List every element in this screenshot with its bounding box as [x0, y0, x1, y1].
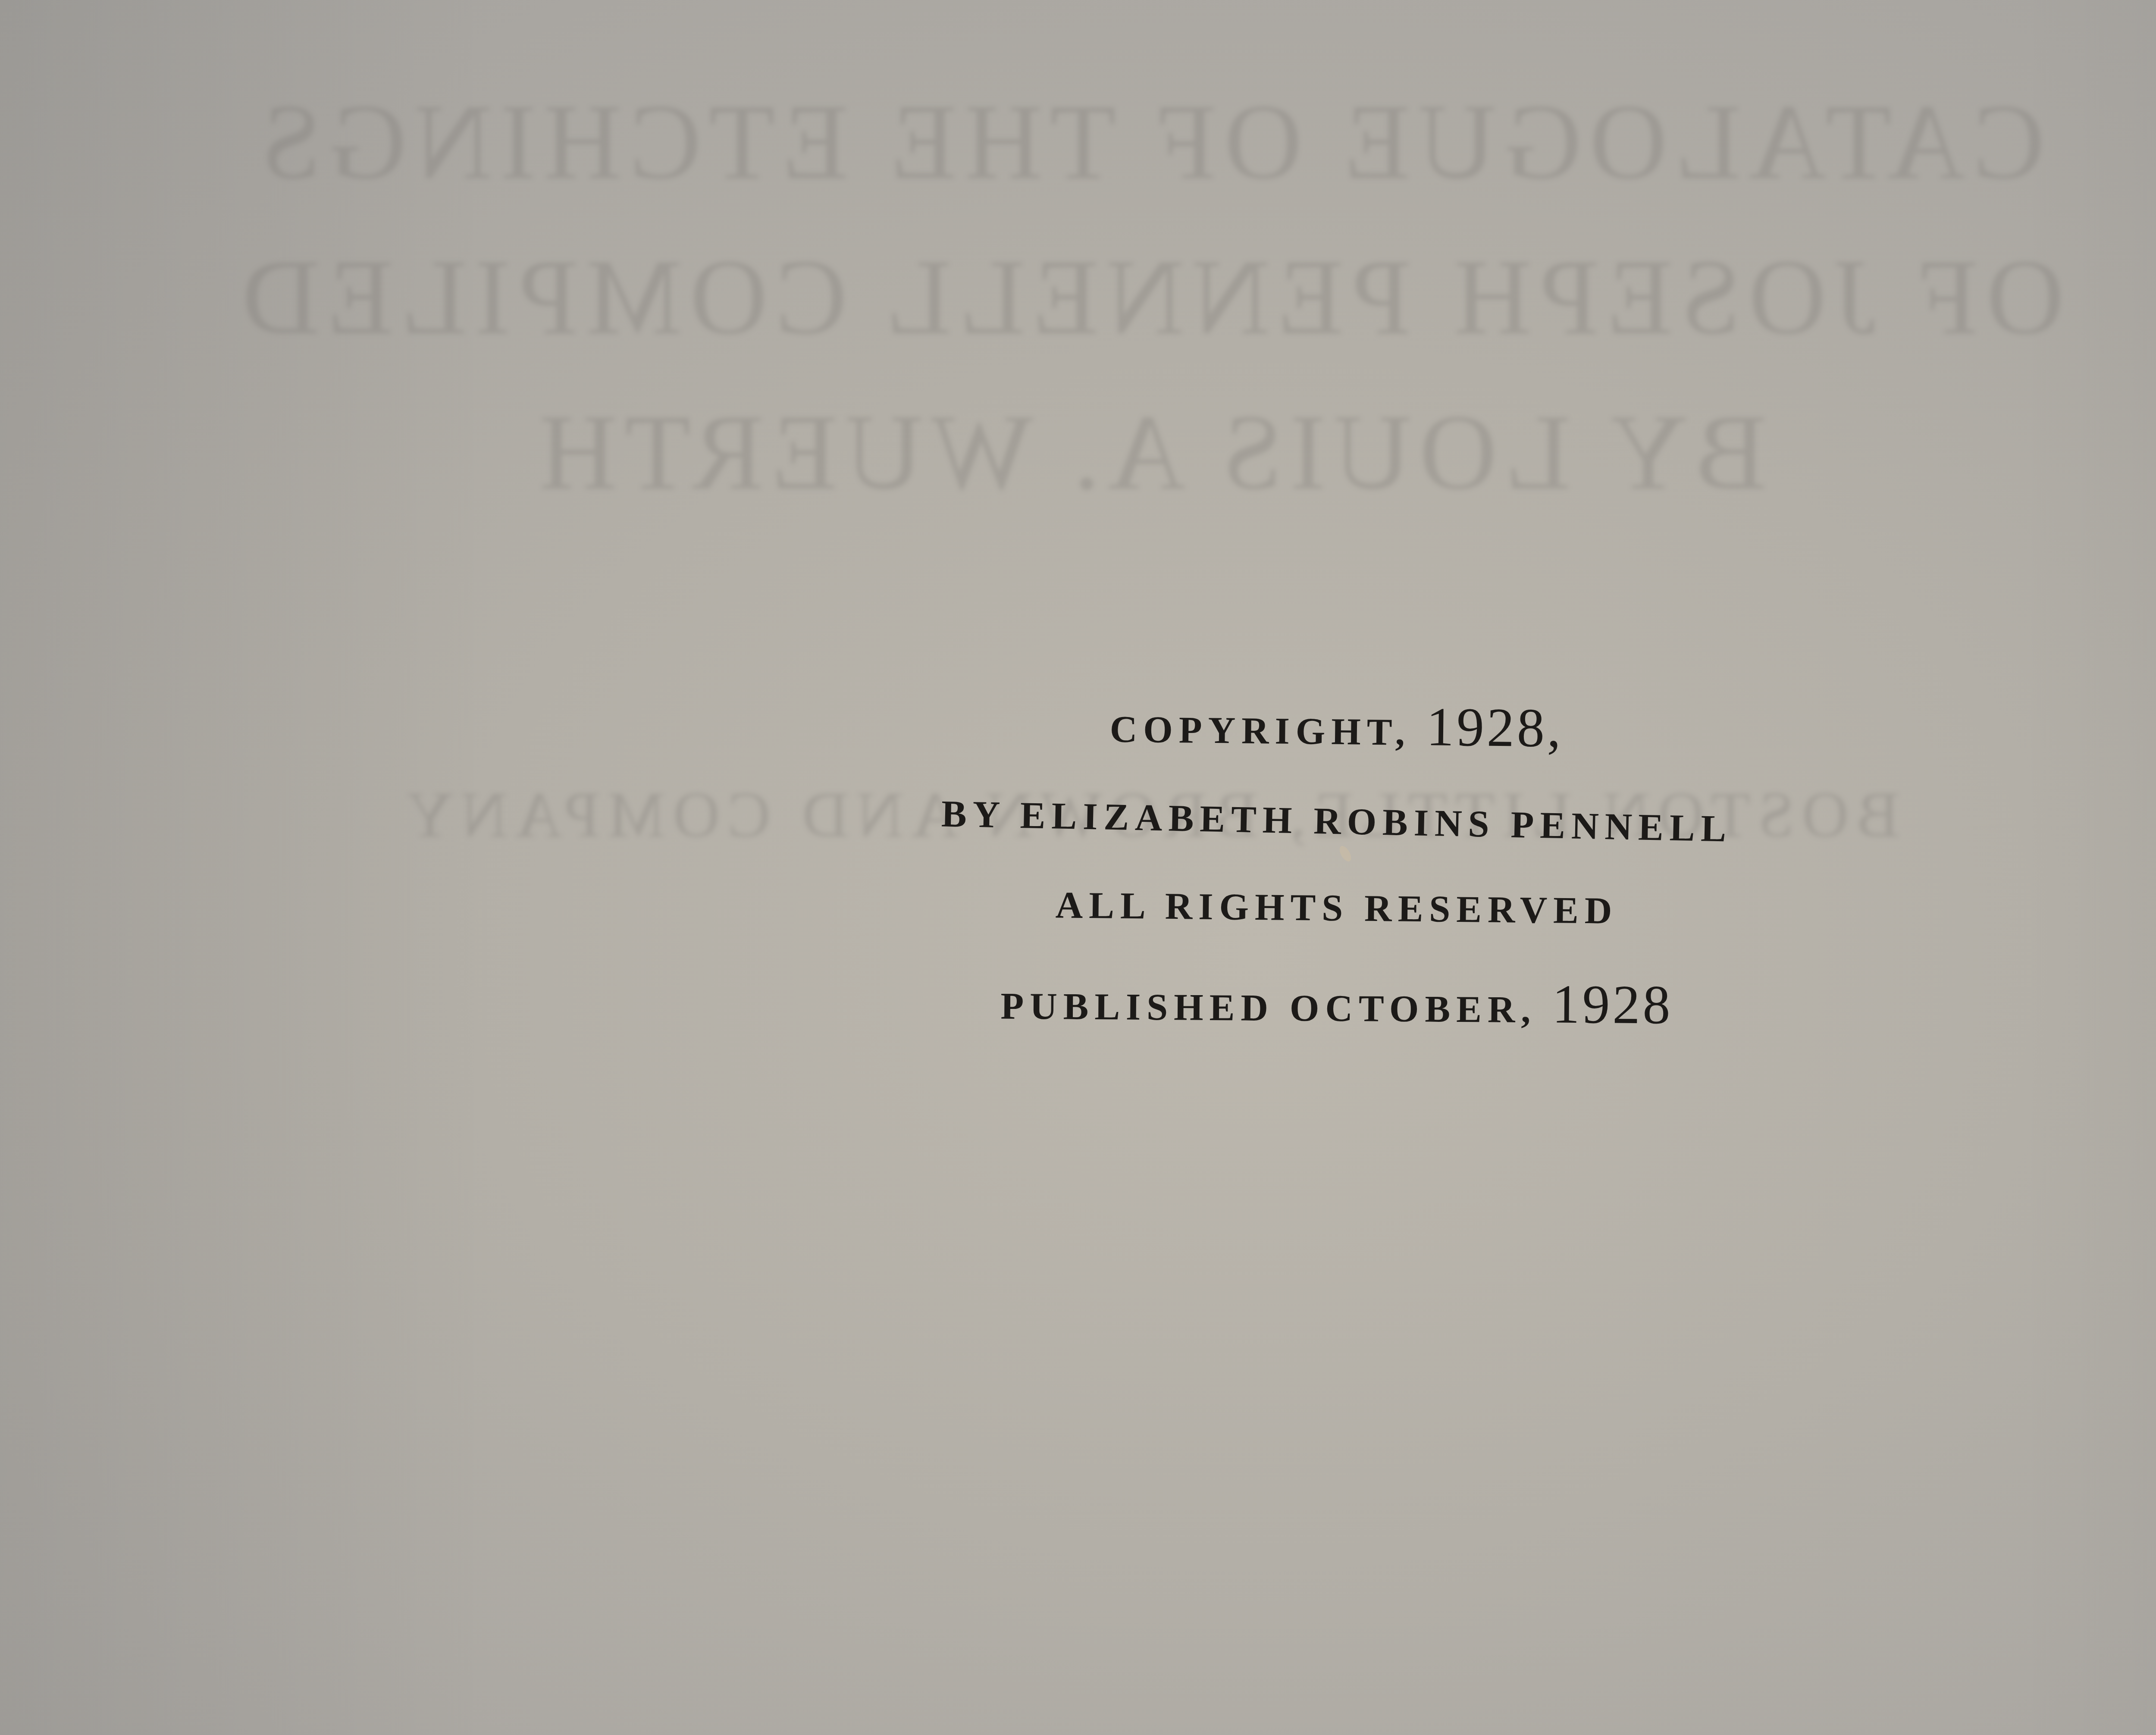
copyright-imprint: COPYRIGHT, 1928, BY ELIZABETH ROBINS PEN…: [819, 673, 1854, 1034]
publication-label: PUBLISHED OCTOBER,: [1000, 986, 1552, 1031]
show-through-line: OF JOSEPH PENNELL COMPILED: [0, 220, 2156, 375]
author-line: BY ELIZABETH ROBINS PENNELL: [819, 790, 1854, 853]
publication-line: PUBLISHED OCTOBER, 1928: [819, 968, 1855, 1038]
book-page: CATALOGUE OF THE ETCHINGS OF JOSEPH PENN…: [0, 0, 2156, 1735]
copyright-label: COPYRIGHT,: [1109, 708, 1426, 754]
photo-scene: CATALOGUE OF THE ETCHINGS OF JOSEPH PENN…: [0, 0, 2156, 1735]
rights-line: ALL RIGHTS RESERVED: [819, 881, 1855, 935]
publication-year: 1928: [1552, 973, 1673, 1035]
show-through-line: BY LOUIS A. WUERTH: [0, 375, 2156, 530]
show-through-line: CATALOGUE OF THE ETCHINGS: [0, 65, 2156, 220]
copyright-year: 1928,: [1426, 696, 1564, 758]
copyright-line: COPYRIGHT, 1928,: [819, 689, 1854, 763]
